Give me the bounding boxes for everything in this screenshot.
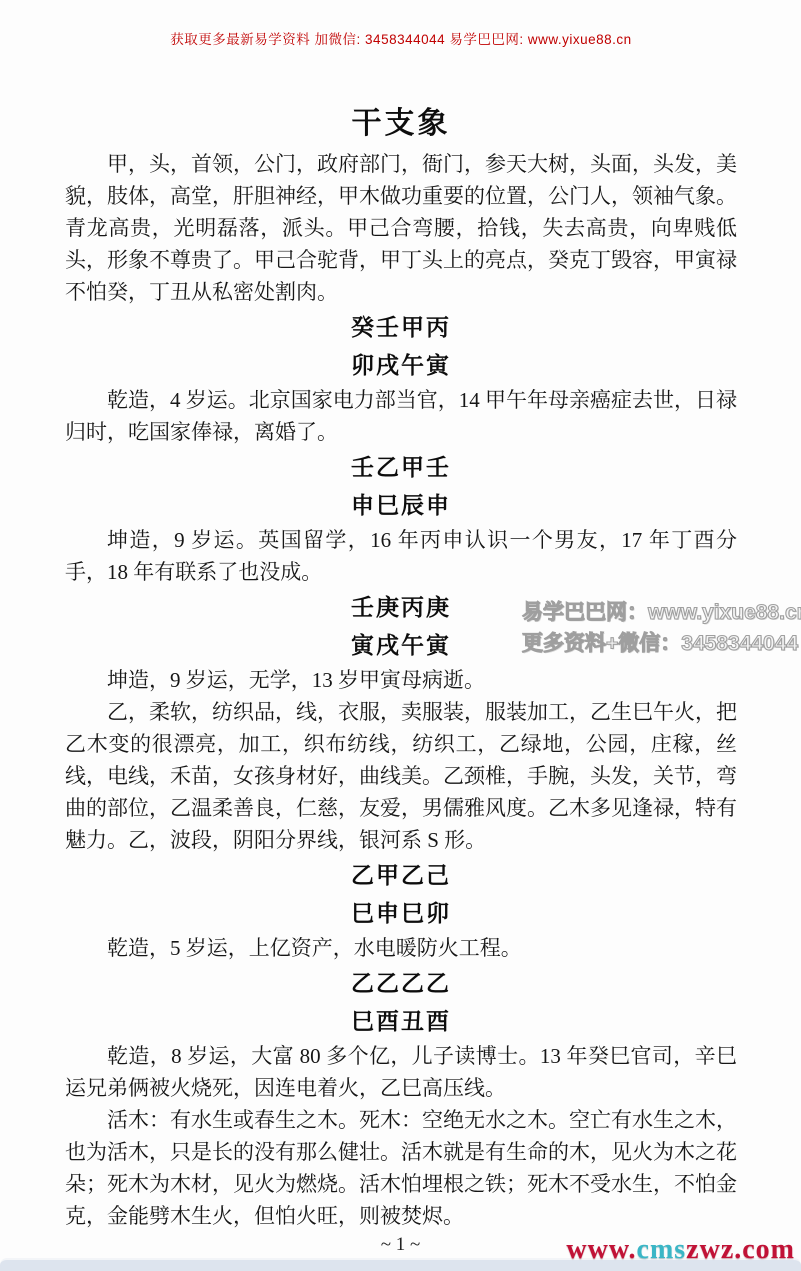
url-segment: zwz.com <box>686 1234 795 1265</box>
pillar-header-branches: 卯戌午寅 <box>65 346 737 384</box>
pillar-header-branches: 巳申巳卯 <box>65 894 737 932</box>
body-paragraph: 坤造，9 岁运。英国留学，16 年丙申认识一个男友，17 年丁酉分手，18 年有… <box>65 524 737 588</box>
url-segment: cms <box>637 1234 687 1265</box>
watermark-line-site: 易学巴巴网：www.yixue88.cn <box>522 597 801 628</box>
pillar-header-stems: 乙甲乙己 <box>65 856 737 894</box>
page-title: 干支象 <box>65 106 737 142</box>
body-paragraph: 甲，头，首领，公门，政府部门，衙门，参天大树，头面，头发，美貌，肢体，高堂，肝胆… <box>65 148 737 308</box>
body-paragraph: 乾造，5 岁运，上亿资产，水电暖防火工程。 <box>65 932 737 964</box>
body-paragraph: 坤造，9 岁运，无学，13 岁甲寅母病逝。 <box>65 664 737 696</box>
pillar-header-branches: 巳酉丑酉 <box>65 1002 737 1040</box>
pillar-header-stems: 乙乙乙乙 <box>65 964 737 1002</box>
body-paragraph: 活木：有水生或春生之木。死木：空绝无水之木。空亡有水生之木，也为活木，只是长的没… <box>65 1104 737 1232</box>
body-paragraph: 乙，柔软，纺织品，线，衣服，卖服装，服装加工，乙生巳午火，把乙木变的很漂亮，加工… <box>65 696 737 856</box>
url-segment: www. <box>566 1234 636 1265</box>
scanned-document-page: 获取更多最新易学资料 加微信: 3458344044 易学巴巴网: www.yi… <box>0 0 801 1271</box>
footer-site-url: www.cmszwz.com <box>566 1236 795 1264</box>
top-promo-line: 获取更多最新易学资料 加微信: 3458344044 易学巴巴网: www.yi… <box>65 0 737 48</box>
pillar-header-stems: 癸壬甲丙 <box>65 308 737 346</box>
site-watermark: 易学巴巴网：www.yixue88.cn 更多资料+微信：3458344044 <box>522 597 801 659</box>
pillar-header-stems: 壬乙甲壬 <box>65 448 737 486</box>
pillar-header-branches: 申巳辰申 <box>65 486 737 524</box>
watermark-line-wechat: 更多资料+微信：3458344044 <box>522 628 801 659</box>
body-paragraph: 乾造，8 岁运，大富 80 多个亿，儿子读博士。13 年癸巳官司，辛巳运兄弟俩被… <box>65 1040 737 1104</box>
body-paragraph: 乾造，4 岁运。北京国家电力部当官，14 甲午年母亲癌症去世，日禄归时，吃国家俸… <box>65 384 737 448</box>
